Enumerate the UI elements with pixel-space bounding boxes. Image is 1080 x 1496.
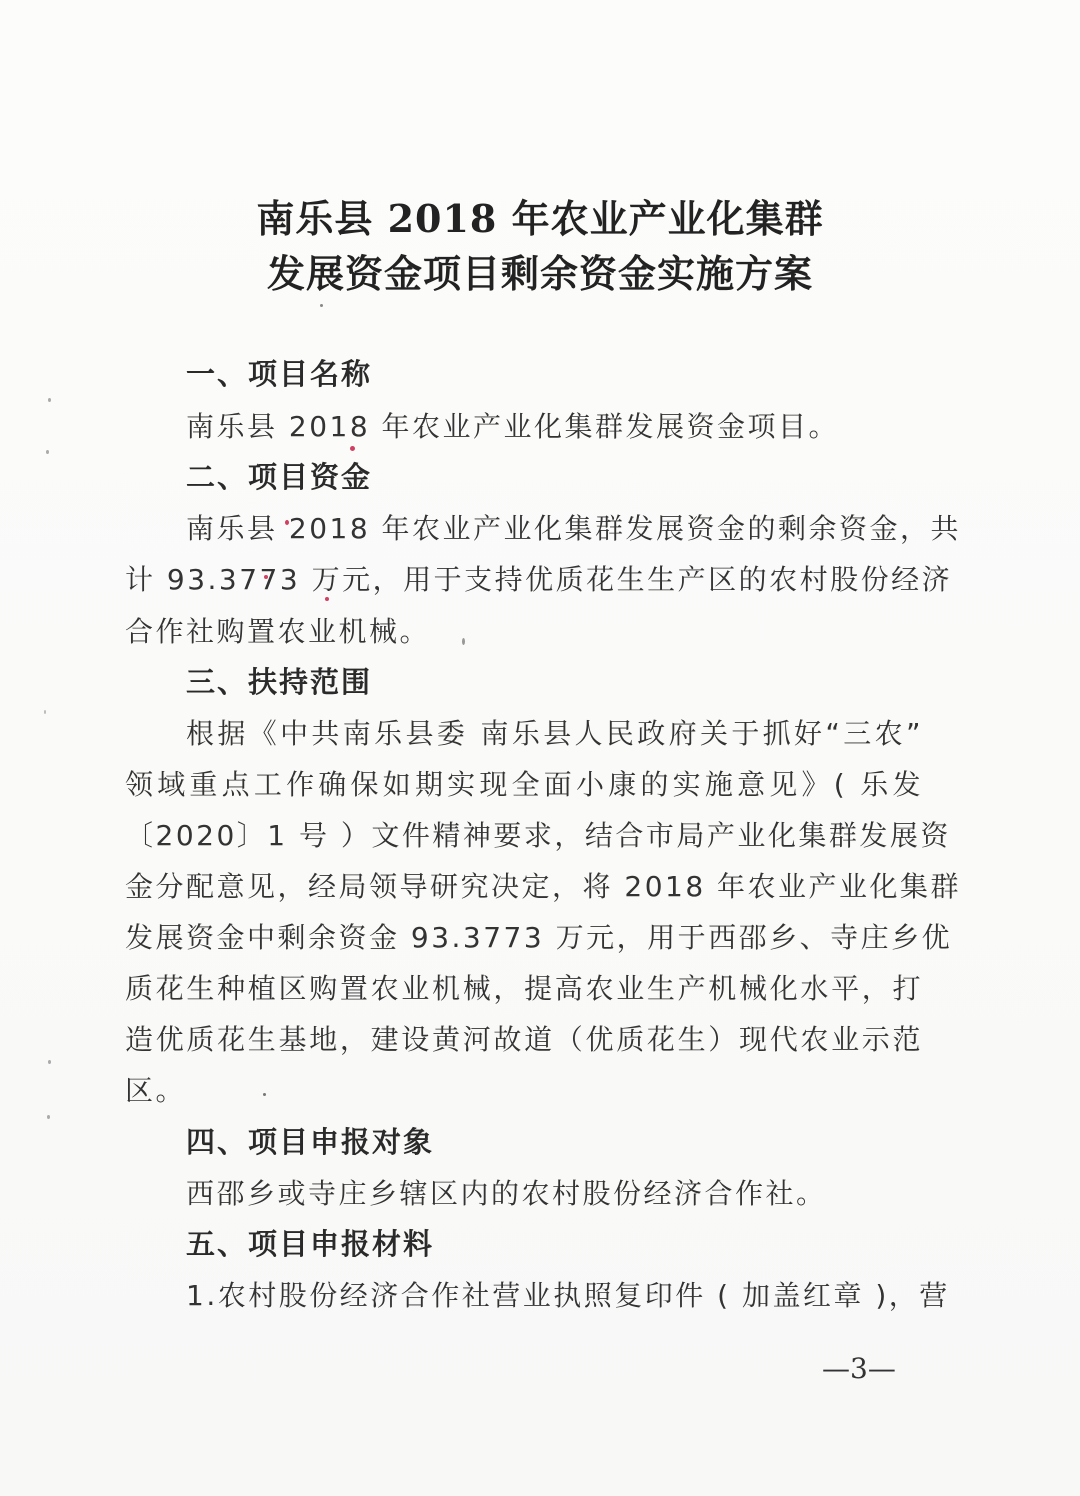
paragraph-line: 〔2020〕1 号 ）文件精神要求，结合市局产业化集群发展资 [125,814,923,854]
paragraph-line: 合作社购置农业机械。 [125,610,430,650]
paragraph-line: 发展资金中剩余资金 93.3773 万元，用于西邵乡、寺庄乡优 [125,916,923,956]
paragraph-line: 南乐县 2018 年农业产业化集群发展资金的剩余资金，共 [186,507,923,547]
scan-artifact [47,1115,50,1119]
document-page: 南乐县 2018 年农业产业化集群 发展资金项目剩余资金实施方案 一、项目名称 … [0,0,1080,1496]
paragraph-line: 1.农村股份经济合作社营业执照复印件 ( 加盖红章 )，营 [186,1274,923,1314]
scan-artifact [44,710,46,714]
page-number: —3— [822,1352,896,1385]
section-heading-application-materials: 五、项目申报材料 [186,1222,434,1263]
scan-artifact [320,304,323,307]
paragraph-line: 造优质花生基地，建设黄河故道（优质花生）现代农业示范 [125,1018,923,1058]
scan-artifact [48,1060,51,1064]
section-heading-project-funds: 二、项目资金 [186,455,372,496]
paragraph-line: 计 93.3773 万元，用于支持优质花生生产区的农村股份经济 [125,558,923,598]
scan-artifact [462,638,465,645]
scan-artifact [264,575,268,579]
paragraph-line: 南乐县 2018 年农业产业化集群发展资金项目。 [186,405,839,445]
scan-artifact [350,446,355,451]
section-heading-applicants: 四、项目申报对象 [186,1120,434,1161]
section-heading-support-scope: 三、扶持范围 [186,660,372,701]
paragraph-line: 质花生种植区购置农业机械，提高农业生产机械化水平，打 [125,967,923,1007]
paragraph-line: 西邵乡或寺庄乡辖区内的农村股份经济合作社。 [186,1172,827,1212]
scan-artifact [285,520,289,525]
paragraph-line: 区。 [125,1069,186,1109]
paragraph-line: 根据《中共南乐县委 南乐县人民政府关于抓好“三农” [186,712,923,752]
scan-artifact [48,398,51,402]
section-heading-project-name: 一、项目名称 [186,352,372,393]
scan-artifact [325,597,329,601]
paragraph-line: 金分配意见，经局领导研究决定，将 2018 年农业产业化集群 [125,865,923,905]
document-title-line-1: 南乐县 2018 年农业产业化集群 [0,188,1080,243]
paragraph-line: 领域重点工作确保如期实现全面小康的实施意见》( 乐发 [125,763,923,803]
scan-artifact [46,450,49,454]
document-title-line-2: 发展资金项目剩余资金实施方案 [0,243,1080,298]
scan-artifact [263,1093,266,1096]
